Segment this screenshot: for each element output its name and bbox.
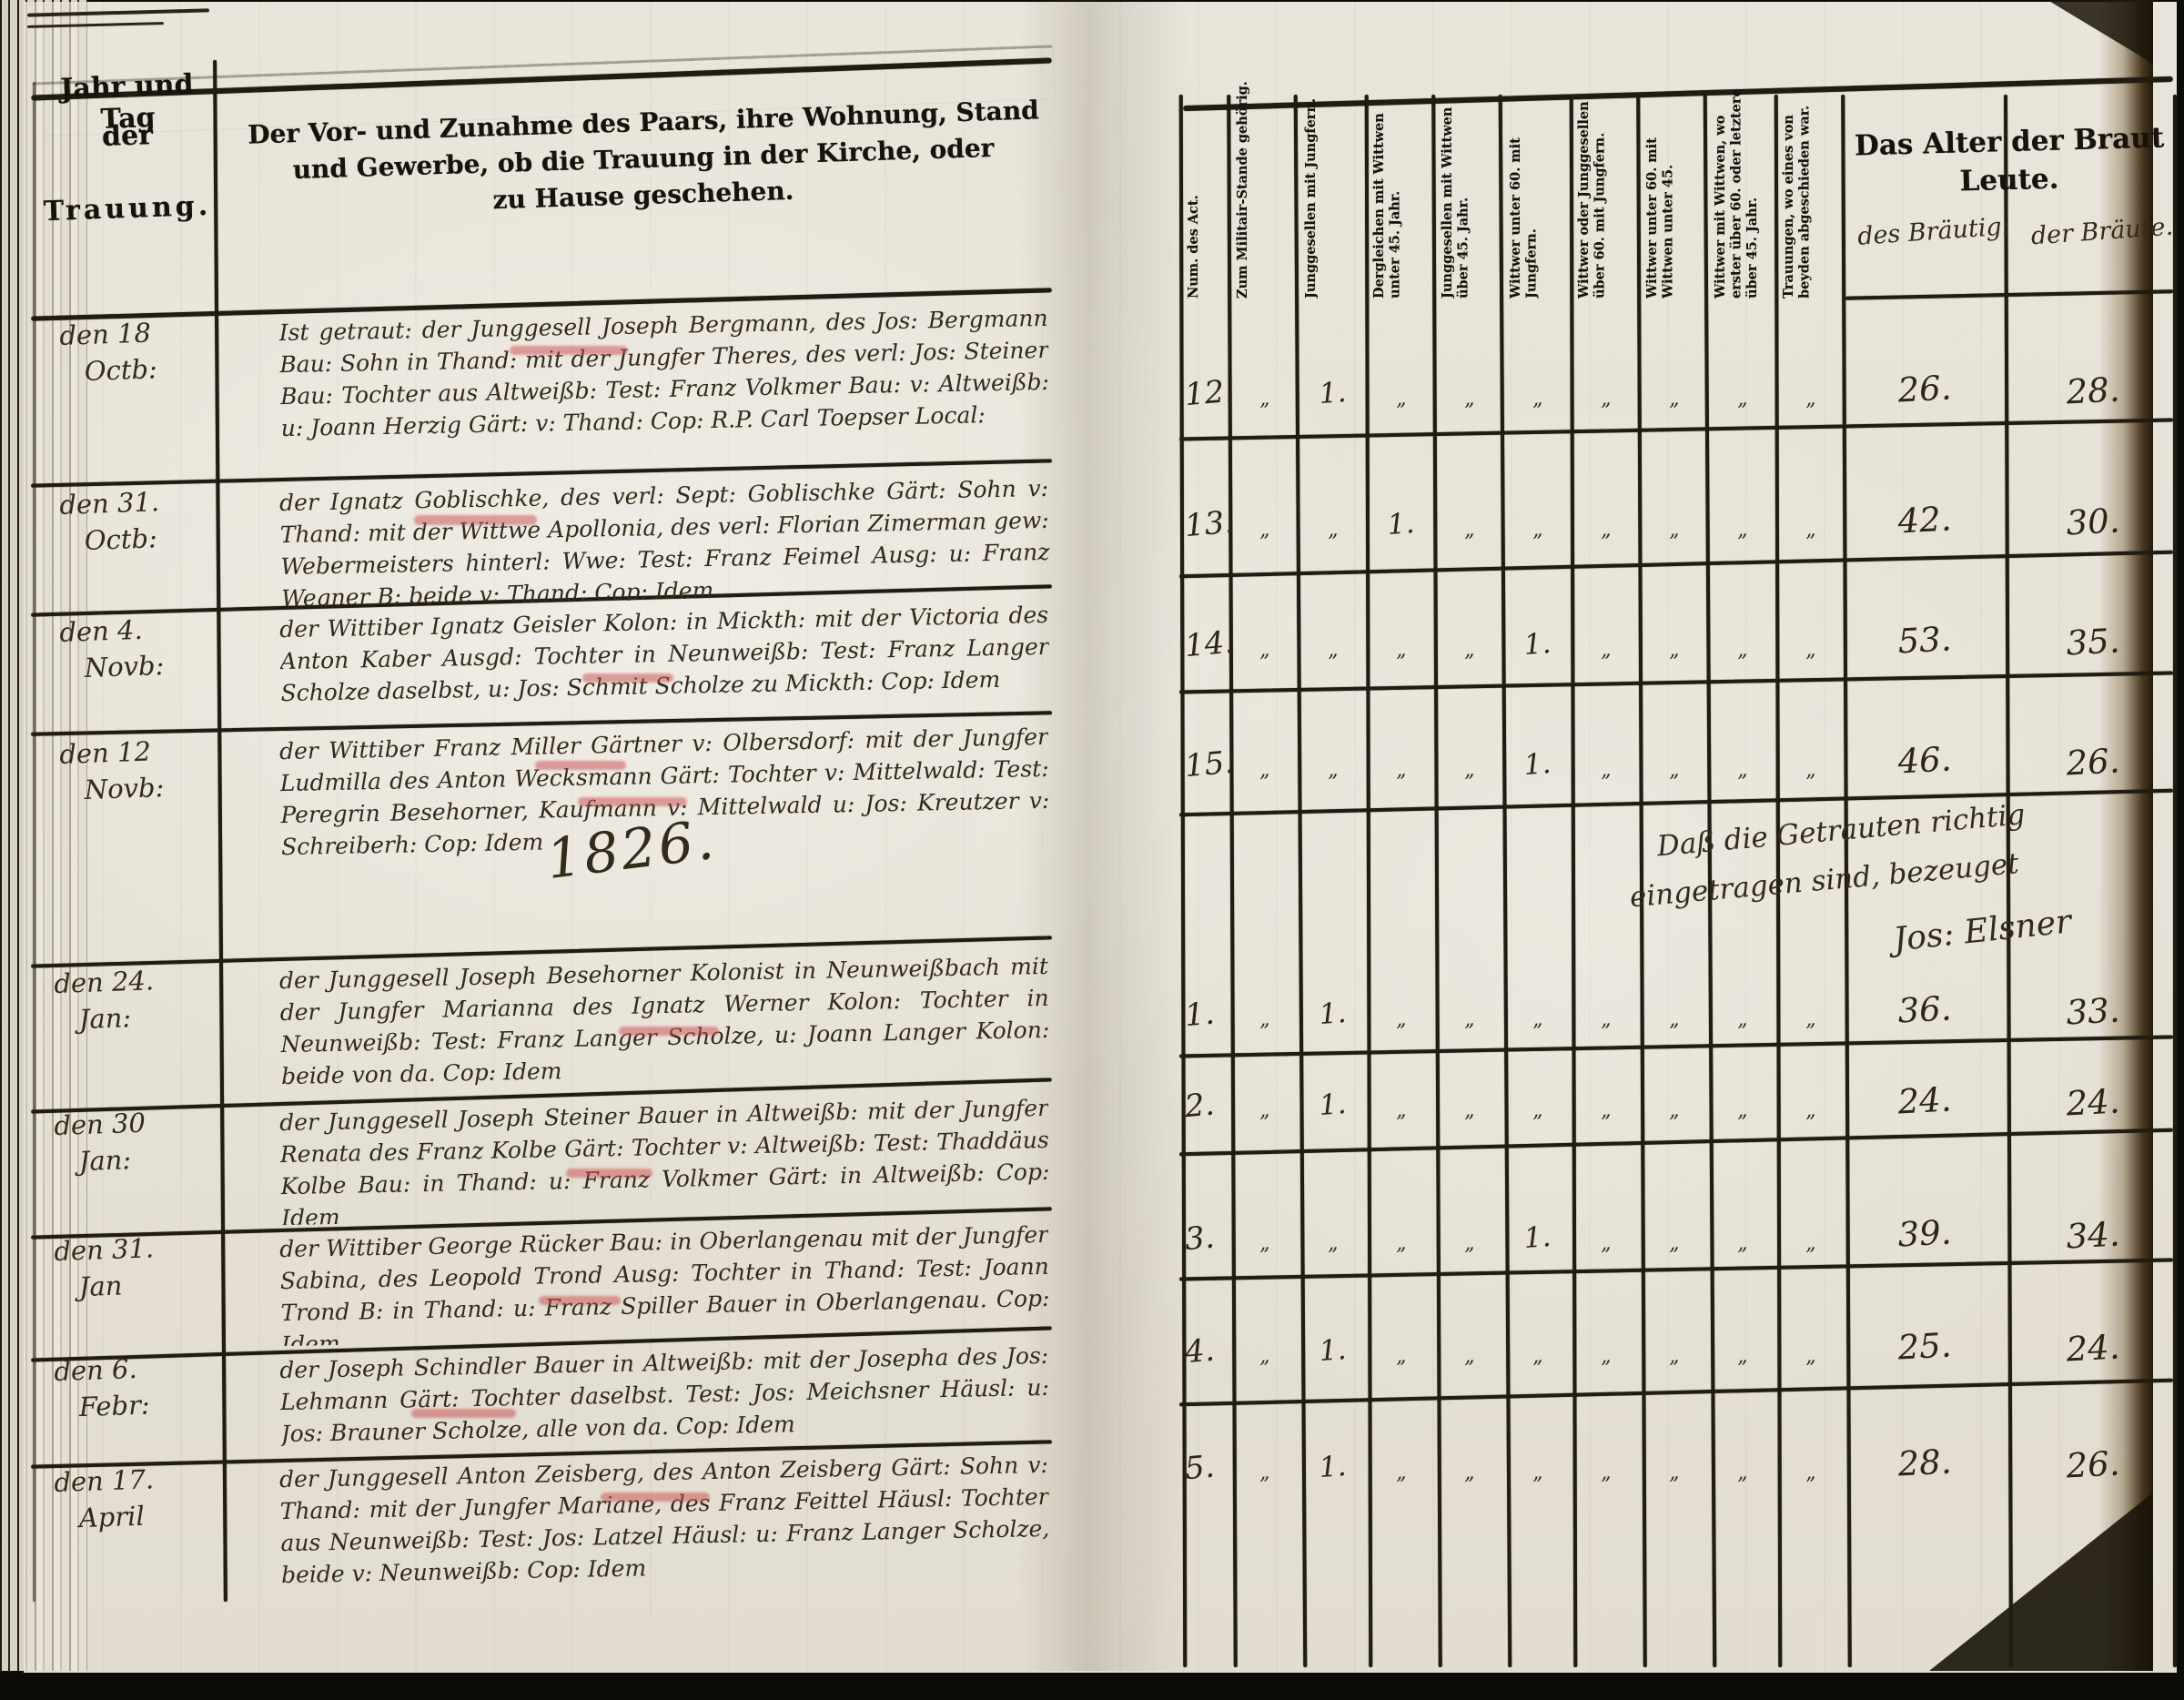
red-underline-mark (582, 673, 673, 683)
ditto-mark: „ (1775, 516, 1845, 543)
column-header-label: Trauungen, wo eines von beyden abgeschie… (1781, 73, 1813, 299)
ditto-mark: „ (1502, 1097, 1572, 1124)
column-line (1179, 95, 1187, 1667)
tally-mark: 1. (1366, 505, 1436, 542)
ditto-mark: „ (1434, 1229, 1504, 1257)
bride-age: 33. (2037, 989, 2149, 1034)
row-line (1179, 1036, 2173, 1058)
entry-text: der Junggesell Joseph Steiner Bauer in A… (279, 1092, 1050, 1225)
entry-date: den 4. Novb: (59, 609, 217, 687)
bottom-right-cover-wedge (1929, 1493, 2153, 1671)
column-header-label: Num. des Act. (1186, 73, 1201, 299)
age-header-line2: Leute. (1847, 159, 2172, 200)
ditto-mark: „ (1639, 636, 1709, 663)
ditto-mark: „ (1502, 1342, 1572, 1370)
column-header-label: Junggesellen mit Jungfern. (1303, 73, 1319, 299)
ditto-mark: „ (1775, 1342, 1845, 1370)
ditto-mark: „ (1639, 1459, 1709, 1486)
row-number: 5. (1183, 1447, 1235, 1488)
entry-date-month: Octb: (60, 518, 216, 560)
column-header-label: Wittwer oder Junggesellen über 60. mit J… (1576, 73, 1608, 299)
ditto-mark: „ (1298, 636, 1368, 663)
bride-age: 28. (2037, 369, 2149, 413)
left-column-divider (213, 60, 227, 1602)
ditto-mark: „ (1707, 1342, 1777, 1370)
groom-age: 39. (1869, 1211, 1980, 1256)
red-underline-mark (578, 797, 687, 806)
entry-text: Ist getraut: der Junggesell Joseph Bergm… (278, 302, 1050, 477)
ditto-mark: „ (1571, 1097, 1641, 1124)
column-header-4: Junggesellen mit Wittwen über 45. Jahr. (1440, 73, 1501, 299)
row-line (1179, 1259, 2173, 1281)
entry-text: der Junggesell Joseph Besehorner Kolonis… (279, 950, 1051, 1098)
entry-date-month: Jan (55, 1264, 216, 1306)
ditto-mark: „ (1639, 1229, 1709, 1257)
ditto-mark: „ (1434, 756, 1504, 784)
row-number: 4. (1183, 1331, 1235, 1371)
ditto-mark: „ (1707, 756, 1777, 784)
tally-mark: 1. (1502, 625, 1572, 663)
ditto-mark: „ (1366, 1006, 1436, 1033)
entry-date-day: den 30 (54, 1108, 147, 1141)
entry-date-day: den 4. (59, 614, 143, 648)
entry-date-day: den 6. (54, 1353, 137, 1387)
column-header-7: Wittwer unter 60. mit Wittwen unter 45. (1644, 73, 1705, 299)
page-edge-line (27, 22, 164, 28)
ditto-mark: „ (1229, 1459, 1299, 1486)
bride-age: 35. (2037, 620, 2149, 664)
tally-mark: 1. (1298, 995, 1368, 1032)
certification-signature: Jos: Elsner (1892, 891, 2184, 958)
red-underline-mark (619, 1027, 719, 1036)
ditto-mark: „ (1434, 1097, 1504, 1124)
column-line (1570, 95, 1577, 1667)
ditto-mark: „ (1434, 385, 1504, 412)
row-line (1179, 551, 2173, 579)
row-number: 12. (1183, 373, 1235, 414)
ditto-mark: „ (1229, 636, 1299, 663)
ditto-mark: „ (1571, 1342, 1641, 1370)
top-right-cover-wedge (2047, 0, 2153, 64)
ditto-mark: „ (1366, 636, 1436, 663)
ditto-mark: „ (1366, 756, 1436, 784)
ditto-mark: „ (1502, 516, 1572, 543)
column-header-0: Num. des Act. (1186, 73, 1228, 299)
row-number: 14. (1183, 624, 1235, 665)
entry-date-month: Febr: (55, 1384, 216, 1426)
ditto-mark: „ (1434, 1006, 1504, 1033)
entry-date-day: den 31. (59, 486, 160, 521)
page-edge-line (27, 8, 209, 16)
age-header-underline (1845, 289, 2173, 300)
column-header-9: Trauungen, wo eines von beyden abgeschie… (1781, 73, 1842, 299)
entry-date: den 30 Jan: (54, 1102, 217, 1180)
register-spread: Jahr und Tag der Trauung. Der Vor- und Z… (0, 0, 2184, 1700)
ditto-mark: „ (1707, 1006, 1777, 1033)
column-header-1: Zum Militair-Stande gehörig. (1235, 73, 1296, 299)
column-header-5: Wittwer unter 60. mit Jungfern. (1508, 73, 1569, 299)
row-number: 2. (1183, 1085, 1235, 1126)
age-header-line1: Das Alter der Braut (1847, 121, 2172, 162)
ditto-mark: „ (1298, 516, 1368, 543)
left-col1-header-line2: der (35, 117, 218, 156)
red-underline-mark (535, 761, 626, 770)
entry-date-month: Novb: (60, 767, 216, 809)
ditto-mark: „ (1707, 636, 1777, 663)
ditto-mark: „ (1571, 1459, 1641, 1486)
bride-age: 24. (2037, 1080, 2149, 1125)
ditto-mark: „ (1775, 1097, 1845, 1124)
ditto-mark: „ (1366, 1097, 1436, 1124)
ditto-mark: „ (1229, 385, 1299, 412)
entry-date: den 12 Novb: (59, 731, 217, 809)
age-subheader-groom: des Bräutig: (1855, 211, 2012, 253)
entry-text: der Wittiber George Rücker Bau: in Oberl… (279, 1219, 1050, 1346)
ditto-mark: „ (1229, 1006, 1299, 1033)
groom-age: 24. (1869, 1078, 1980, 1123)
ditto-mark: „ (1571, 756, 1641, 784)
entry-date-day: den 31. (54, 1232, 155, 1267)
entry-date: den 6. Febr: (54, 1348, 217, 1426)
column-line (1227, 95, 1237, 1667)
ditto-mark: „ (1434, 1342, 1504, 1370)
ditto-mark: „ (1775, 385, 1845, 412)
row-number: 15. (1183, 744, 1235, 785)
entry-date-day: den 12 (59, 735, 152, 769)
groom-age: 36. (1869, 987, 1980, 1032)
ditto-mark: „ (1366, 385, 1436, 412)
row-line (1179, 672, 2173, 694)
groom-age: 53. (1869, 618, 1980, 663)
ditto-mark: „ (1707, 1097, 1777, 1124)
entry-date-day: den 24. (54, 965, 155, 999)
tally-mark: 1. (1298, 1331, 1368, 1369)
entry-date: den 17. April (54, 1459, 217, 1537)
column-header-label: Dergleichen mit Wittwen unter 45. Jahr. (1371, 73, 1403, 299)
bride-age: 26. (2037, 1442, 2149, 1487)
column-header-2: Junggesellen mit Jungfern. (1303, 73, 1364, 299)
bride-age: 24. (2037, 1326, 2149, 1371)
tally-mark: 1. (1298, 1086, 1368, 1123)
column-line (2173, 95, 2177, 1667)
row-line (1179, 1379, 2173, 1407)
left-col1-header-line3: Trauung. (35, 190, 218, 228)
ditto-mark: „ (1571, 516, 1641, 543)
ditto-mark: „ (1229, 1097, 1299, 1124)
row-number: 13. (1183, 504, 1235, 545)
ditto-mark: „ (1571, 1229, 1641, 1257)
column-header-label: Junggesellen mit Wittwen über 45. Jahr. (1440, 73, 1471, 299)
ditto-mark: „ (1502, 385, 1572, 412)
bride-age: 30. (2037, 500, 2149, 544)
ditto-mark: „ (1639, 516, 1709, 543)
age-subheader-bride: der Bräute. (2028, 211, 2176, 252)
red-underline-mark (566, 1169, 652, 1178)
column-header-8: Wittwer mit Wittwen, wo erster über 60. … (1713, 73, 1774, 299)
column-line (1431, 95, 1441, 1667)
groom-age: 42. (1869, 498, 1980, 542)
groom-age: 46. (1869, 738, 1980, 783)
entry-date-month: April (55, 1495, 216, 1537)
ditto-mark: „ (1639, 385, 1709, 412)
ditto-mark: „ (1434, 1459, 1504, 1486)
groom-age: 26. (1869, 367, 1980, 411)
ditto-mark: „ (1366, 1459, 1436, 1486)
entry-date: den 24. Jan: (54, 960, 217, 1038)
ditto-mark: „ (1775, 756, 1845, 784)
row-number: 3. (1183, 1218, 1235, 1259)
entry-date-day: den 18 (59, 317, 152, 350)
ditto-mark: „ (1571, 1006, 1641, 1033)
column-header-label: Wittwer unter 60. mit Jungfern. (1508, 73, 1540, 299)
red-underline-mark (510, 346, 628, 355)
tally-mark: 1. (1502, 745, 1572, 783)
ditto-mark: „ (1502, 1006, 1572, 1033)
ditto-mark: „ (1298, 756, 1368, 784)
bride-age: 34. (2037, 1213, 2149, 1258)
groom-age: 25. (1869, 1324, 1980, 1369)
right-book-edge (2098, 0, 2153, 1671)
column-header-label: Wittwer unter 60. mit Wittwen unter 45. (1644, 73, 1676, 299)
column-line (1499, 95, 1512, 1667)
entry-date-month: Octb: (60, 349, 216, 390)
ditto-mark: „ (1775, 1459, 1845, 1486)
column-header-label: Zum Militair-Stande gehörig. (1235, 73, 1250, 299)
row-number: 1. (1183, 994, 1235, 1035)
ditto-mark: „ (1639, 756, 1709, 784)
entry-date-month: Jan: (55, 997, 216, 1038)
ditto-mark: „ (1298, 1229, 1368, 1257)
ditto-mark: „ (1707, 385, 1777, 412)
red-underline-mark (411, 1409, 516, 1418)
tally-mark: 1. (1298, 374, 1368, 411)
red-underline-mark (414, 515, 537, 525)
column-line (1294, 95, 1307, 1667)
red-underline-mark (539, 1296, 621, 1305)
entry-text: der Junggesell Anton Zeisberg, des Anton… (279, 1449, 1051, 1591)
red-underline-mark (601, 1493, 710, 1502)
entry-text: der Wittiber Ignatz Geisler Kolon: in Mi… (279, 599, 1050, 730)
ditto-mark: „ (1571, 385, 1641, 412)
ditto-mark: „ (1366, 1342, 1436, 1370)
column-line (1365, 95, 1372, 1667)
ditto-mark: „ (1434, 516, 1504, 543)
ditto-mark: „ (1639, 1097, 1709, 1124)
column-header-label: Wittwer mit Wittwen, wo erster über 60. … (1713, 73, 1760, 299)
ditto-mark: „ (1639, 1342, 1709, 1370)
tally-mark: 1. (1298, 1448, 1368, 1485)
ditto-mark: „ (1775, 1229, 1845, 1257)
ditto-mark: „ (1229, 1229, 1299, 1257)
entry-date: den 18 Octb: (59, 312, 217, 390)
bride-age: 26. (2037, 740, 2149, 784)
left-outer-border (33, 82, 35, 1602)
entry-date-month: Jan: (55, 1138, 216, 1180)
column-header-6: Wittwer oder Junggesellen über 60. mit J… (1576, 73, 1637, 299)
ditto-mark: „ (1707, 1459, 1777, 1486)
entry-date-month: Novb: (60, 645, 216, 687)
ditto-mark: „ (1229, 1342, 1299, 1370)
ditto-mark: „ (1502, 1459, 1572, 1486)
entry-text: der Joseph Schindler Bauer in Altweißb: … (279, 1340, 1050, 1456)
ditto-mark: „ (1707, 1229, 1777, 1257)
ditto-mark: „ (1639, 1006, 1709, 1033)
ditto-mark: „ (1707, 516, 1777, 543)
entry-date: den 31. Octb: (59, 481, 217, 560)
ditto-mark: „ (1571, 636, 1641, 663)
ditto-mark: „ (1366, 1229, 1436, 1257)
ditto-mark: „ (1229, 516, 1299, 543)
entry-date: den 31. Jan (54, 1228, 217, 1306)
entry-text: der Ignatz Goblischke, des verl: Sept: G… (279, 472, 1050, 607)
ditto-mark: „ (1229, 756, 1299, 784)
column-header-3: Dergleichen mit Wittwen unter 45. Jahr. (1371, 73, 1432, 299)
ditto-mark: „ (1775, 636, 1845, 663)
row-line (1179, 1128, 2173, 1157)
ditto-mark: „ (1434, 636, 1504, 663)
entry-date-day: den 17. (54, 1463, 155, 1498)
tally-mark: 1. (1502, 1219, 1572, 1256)
ditto-mark: „ (1775, 1006, 1845, 1033)
row-line (1179, 419, 2173, 441)
groom-age: 28. (1869, 1441, 1980, 1485)
